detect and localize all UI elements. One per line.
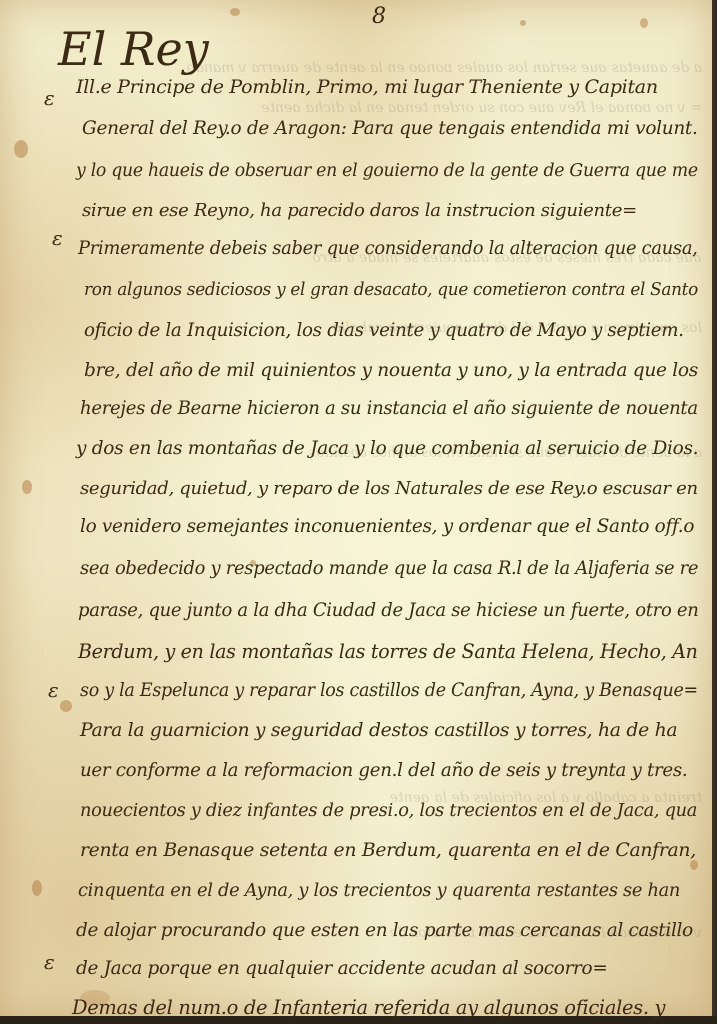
- paragraph-mark: ε: [44, 86, 55, 110]
- bleed-through: = y no ponga el Rey que con su orden ten…: [10, 100, 702, 112]
- folio-number: 8: [372, 4, 386, 29]
- text-line: uer conforme a la reformacion gen.l del …: [80, 760, 687, 781]
- text-line: de alojar procurando que esten en las pa…: [76, 920, 693, 941]
- text-line: de Jaca porque en qualquier accidente ac…: [76, 958, 607, 979]
- text-line: General del Rey.o de Aragon: Para que te…: [82, 118, 698, 139]
- text-line: Para la guarnicion y seguridad destos ca…: [80, 720, 677, 741]
- foxing-spot: [640, 18, 648, 28]
- text-line: sirue en ese Reyno, ha parecido daros la…: [82, 200, 637, 221]
- text-line: herejes de Bearne hicieron a su instanci…: [80, 398, 698, 419]
- paragraph-mark: ε: [52, 226, 63, 250]
- text-line: Demas del num.o de Infanteria referida a…: [72, 996, 665, 1019]
- manuscript-page: a de aquetas que serian los quales pongo…: [0, 0, 716, 1016]
- text-line: renta en Benasque setenta en Berdum, qua…: [80, 840, 696, 861]
- text-line: seguridad, quietud, y reparo de los Natu…: [80, 478, 698, 499]
- foxing-spot: [520, 20, 526, 26]
- foxing-spot: [22, 480, 32, 494]
- text-line: y dos en las montañas de Jaca y lo que c…: [76, 438, 698, 459]
- text-line: parase, que junto a la dha Ciudad de Jac…: [78, 600, 699, 621]
- text-line: cinquenta en el de Ayna, y los treciento…: [78, 880, 680, 901]
- paragraph-mark: ε: [48, 678, 59, 702]
- foxing-spot: [60, 700, 72, 712]
- text-line: ron algunos sediciosos y el gran desacat…: [84, 280, 698, 300]
- text-line: nouecientos y diez infantes de presi.o, …: [80, 800, 697, 821]
- text-line: bre, del año de mil quinientos y nouenta…: [84, 360, 698, 381]
- text-line: Ill.e Principe de Pomblin, Primo, mi lug…: [76, 76, 658, 98]
- text-line: oficio de la Inquisicion, los dias veint…: [84, 320, 684, 341]
- paragraph-mark: ε: [44, 950, 55, 974]
- foxing-spot: [690, 860, 698, 870]
- foxing-spot: [14, 140, 28, 158]
- text-line: lo venidero semejantes inconuenientes, y…: [80, 516, 694, 537]
- text-line: y lo que haueis de obseruar en el gouier…: [76, 160, 698, 181]
- foxing-spot: [32, 880, 42, 896]
- foxing-spot: [230, 8, 240, 16]
- text-line: sea obedecido y respectado mande que la …: [80, 558, 698, 579]
- text-line: Primeramente debeis saber que consideran…: [78, 238, 698, 259]
- text-line: so y la Espelunca y reparar los castillo…: [80, 680, 698, 701]
- text-line: Berdum, y en las montañas las torres de …: [78, 640, 698, 663]
- heading-el-rey: El Rey: [58, 22, 209, 76]
